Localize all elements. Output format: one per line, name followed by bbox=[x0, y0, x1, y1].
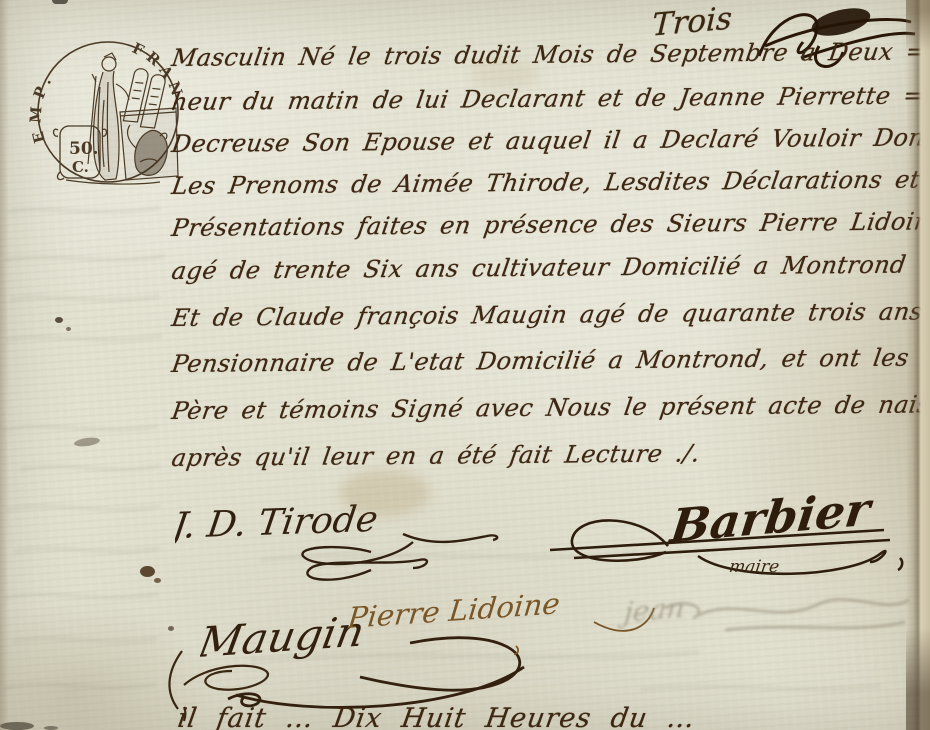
ghost-signature: jean bbox=[605, 578, 925, 668]
stamp-unit: C. bbox=[72, 158, 89, 176]
text-line-6: agé de trente Six ans cultivateur Domici… bbox=[170, 250, 923, 285]
text-line-2: heur du matin de lui Declarant et de Jea… bbox=[170, 81, 923, 116]
ink-spot bbox=[168, 626, 174, 631]
act-number-word: Trois bbox=[651, 0, 733, 43]
ink-spot bbox=[140, 566, 155, 577]
text-line-4: Les Prenoms de Aimée Thirode, Lesdites D… bbox=[170, 165, 923, 200]
signature-barbier-role: maire bbox=[728, 557, 781, 577]
edge-mark bbox=[44, 726, 58, 730]
paper-stain bbox=[340, 470, 430, 516]
manuscript-page: EMP. FRAN. 50. C. bbox=[0, 0, 930, 730]
text-line-9: Père et témoins Signé avec Nous le prése… bbox=[170, 390, 923, 425]
ink-spot bbox=[55, 317, 63, 323]
text-line-5: Présentations faites en présence des Sie… bbox=[170, 207, 923, 242]
ink-spot bbox=[66, 327, 71, 331]
text-line-8: Pensionnaire de L'etat Domicilié a Montr… bbox=[170, 343, 923, 378]
next-act-cutoff-line: il fait … Dix Huit Heures du … bbox=[176, 703, 698, 730]
page-left-edge bbox=[0, 0, 9, 730]
page-right-edge-fold bbox=[906, 0, 930, 730]
paper-stain bbox=[470, 60, 540, 90]
ghost-signature-text: jean bbox=[617, 591, 687, 629]
signature-lidoine-text: Pierre Lidoine bbox=[348, 588, 562, 635]
ghost-signature-strokes bbox=[665, 599, 909, 630]
ink-spot bbox=[154, 578, 161, 583]
ink-smear bbox=[74, 436, 101, 448]
text-line-7: Et de Claude françois Maugin agé de quar… bbox=[170, 297, 923, 332]
edge-mark bbox=[52, 0, 68, 4]
signature-barbier: Barbier maire bbox=[548, 462, 928, 577]
text-line-3: Decreuse Son Epouse et auquel il a Decla… bbox=[170, 123, 923, 158]
